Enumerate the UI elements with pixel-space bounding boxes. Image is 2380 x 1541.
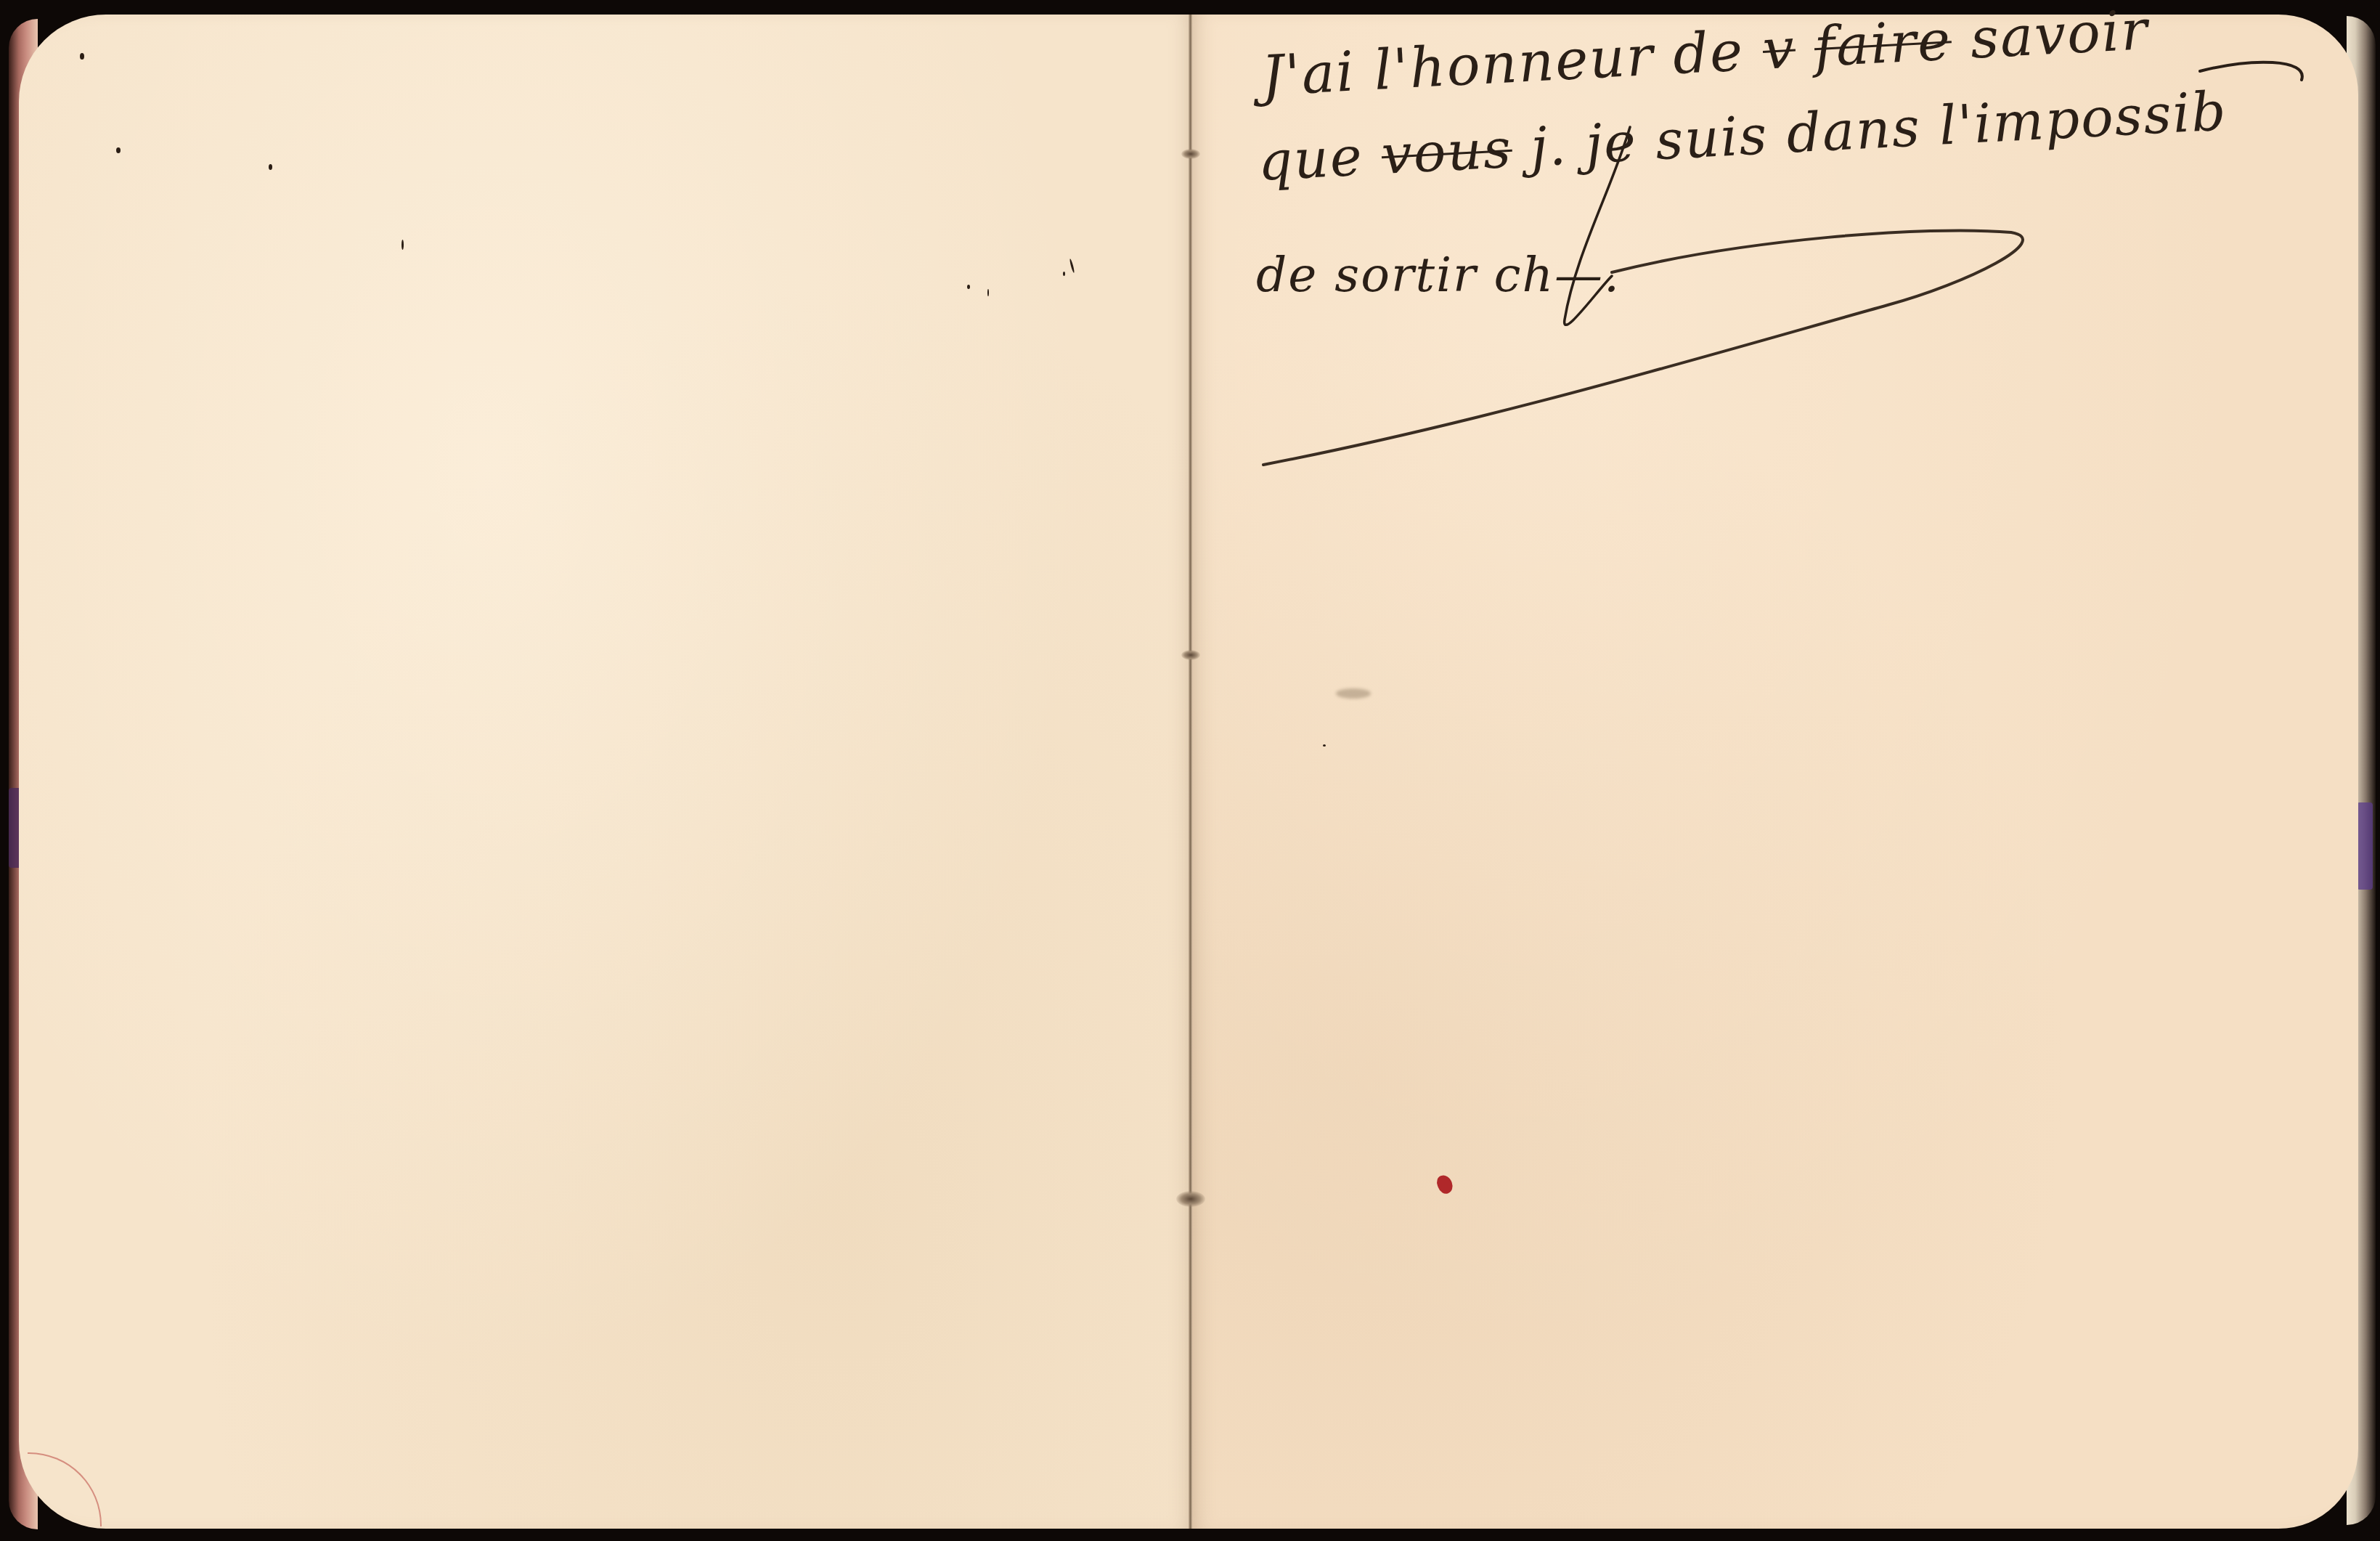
binding-stitch <box>1181 650 1200 660</box>
notebook-spread: J'ai l'honneur de v faire savoir que vou… <box>0 0 2380 1541</box>
line2-text-middle: j. <box>1529 115 1569 179</box>
ink-speck <box>967 285 970 289</box>
line2-text-start: que <box>1256 126 1364 193</box>
binding-stitch <box>1181 149 1200 159</box>
ink-speck <box>402 240 404 250</box>
spine-fold <box>1189 15 1192 1529</box>
ink-speck <box>1063 272 1065 276</box>
line1-struck-word-2: faire <box>1813 7 1953 79</box>
ink-speck <box>269 164 272 170</box>
ink-speck <box>1323 744 1326 747</box>
line1-text-end: savoir <box>1969 0 2151 71</box>
line1-text-start: J'ai l'honneur de <box>1260 18 1745 108</box>
right-purple-mark <box>2357 802 2373 890</box>
grey-smudge <box>1336 688 1371 699</box>
left-page <box>19 15 1192 1529</box>
handwriting-line-3: de sortir ch—. <box>1256 247 1621 303</box>
ink-speck <box>116 147 121 153</box>
line1-struck-word-1: v <box>1761 16 1798 82</box>
handwritten-note: J'ai l'honneur de v faire savoir que vou… <box>1234 15 2352 494</box>
ink-speck <box>987 289 989 296</box>
ink-speck <box>80 53 84 60</box>
line3-text: de sortir ch—. <box>1256 247 1621 303</box>
line2-text-end: je suis dans l'impossib <box>1584 80 2229 176</box>
binding-stitch <box>1176 1191 1205 1207</box>
line2-struck-word: vous <box>1380 118 1514 187</box>
